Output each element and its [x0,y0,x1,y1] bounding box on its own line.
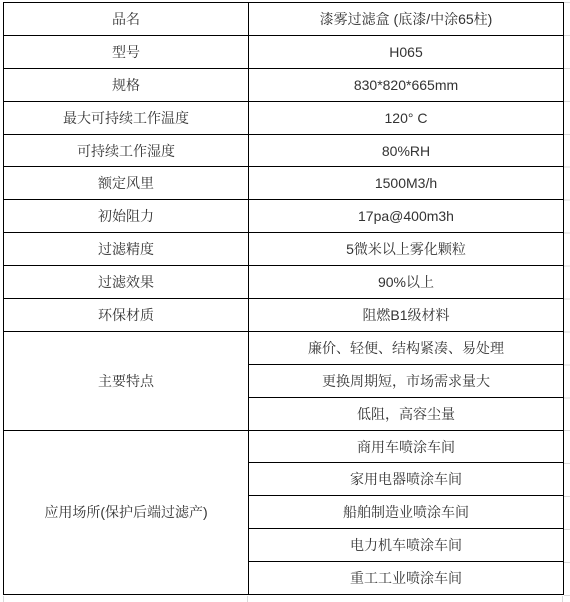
spec-row-label: 应用场所(保护后端过滤产) [4,430,249,594]
table-row: 型号 H065 [4,35,564,68]
spec-row-value: 80%RH [249,134,564,167]
spec-row-label: 规格 [4,68,249,101]
table-row: 品名 漆雾过滤盒 (底漆/中涂65柱) [4,3,564,36]
spec-row-value: 830*820*665mm [249,68,564,101]
spec-row-label: 型号 [4,35,249,68]
spec-row-label: 过滤效果 [4,266,249,299]
spec-row-value: 1500M3/h [249,167,564,200]
table-row: 可持续工作湿度 80%RH [4,134,564,167]
gridline-bottom-stub-left [3,596,4,602]
product-spec-sheet: 品名 漆雾过滤盒 (底漆/中涂65柱) 型号 H065 规格 830*820*6… [0,0,570,602]
spec-row-value: 更换周期短，市场需求量大 [249,364,564,397]
spec-row-value: 5微米以上雾化颗粒 [249,233,564,266]
table-row: 过滤效果 90%以上 [4,266,564,299]
spec-row-value: 17pa@400m3h [249,200,564,233]
gridline-right-stubs [564,2,570,596]
table-row: 初始阻力 17pa@400m3h [4,200,564,233]
spec-row-value: 低阻，高容尘量 [249,397,564,430]
spec-row-value: 廉价、轻便、结构紧凑、易处理 [249,331,564,364]
spec-row-value: H065 [249,35,564,68]
table-row: 主要特点 廉价、轻便、结构紧凑、易处理 [4,331,564,364]
spec-row-label: 品名 [4,3,249,36]
spec-row-value: 阻燃B1级材料 [249,299,564,332]
table-row: 规格 830*820*665mm [4,68,564,101]
spec-row-value: 120° C [249,101,564,134]
spec-row-value: 船舶制造业喷涂车间 [249,496,564,529]
spec-row-value: 漆雾过滤盒 (底漆/中涂65柱) [249,3,564,36]
spec-row-value: 重工工业喷涂车间 [249,562,564,595]
table-row: 过滤精度 5微米以上雾化颗粒 [4,233,564,266]
table-row: 额定风里 1500M3/h [4,167,564,200]
spec-row-value: 商用车喷涂车间 [249,430,564,463]
spec-row-label: 初始阻力 [4,200,249,233]
table-row: 环保材质 阻燃B1级材料 [4,299,564,332]
spec-row-label: 环保材质 [4,299,249,332]
spec-row-label: 主要特点 [4,331,249,430]
spec-row-label: 可持续工作湿度 [4,134,249,167]
spec-row-value: 电力机车喷涂车间 [249,529,564,562]
spec-row-label: 额定风里 [4,167,249,200]
gridline-bottom-stub-middle [247,596,248,602]
spec-row-value: 90%以上 [249,266,564,299]
spec-row-label: 最大可持续工作温度 [4,101,249,134]
spec-row-value: 家用电器喷涂车间 [249,463,564,496]
table-row: 应用场所(保护后端过滤产) 商用车喷涂车间 [4,430,564,463]
spec-row-label: 过滤精度 [4,233,249,266]
product-spec-table: 品名 漆雾过滤盒 (底漆/中涂65柱) 型号 H065 规格 830*820*6… [3,2,564,595]
gridline-bottom-stub-right [562,596,563,602]
table-row: 最大可持续工作温度 120° C [4,101,564,134]
